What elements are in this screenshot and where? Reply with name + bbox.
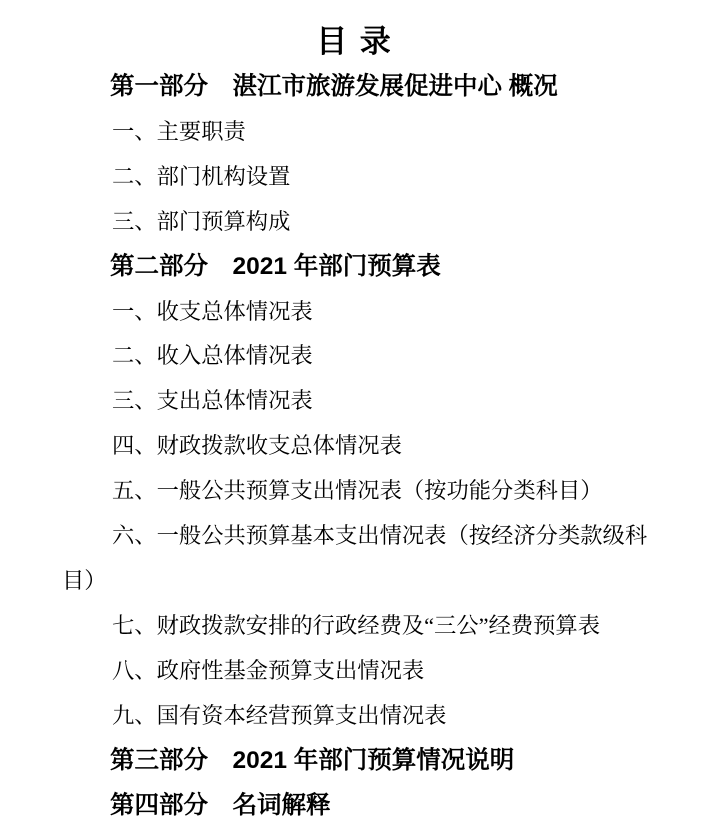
toc-entry: 二、收入总体情况表 (62, 334, 648, 379)
toc-heading-part2: 第二部分 2021 年部门预算表 (62, 245, 648, 290)
toc-entry: 三、支出总体情况表 (62, 379, 648, 424)
toc-heading-part3: 第三部分 2021 年部门预算情况说明 (62, 739, 648, 784)
toc-entry: 七、财政拨款安排的行政经费及“三公”经费预算表 (62, 604, 648, 649)
toc-entry: 三、部门预算构成 (62, 200, 648, 245)
toc-entry: 二、部门机构设置 (62, 155, 648, 200)
toc-entry: 四、财政拨款收支总体情况表 (62, 424, 648, 469)
page-title: 目 录 (0, 0, 709, 65)
toc-list: 第一部分 湛江市旅游发展促进中心 概况 一、主要职责 二、部门机构设置 三、部门… (0, 65, 709, 828)
toc-entry: 五、一般公共预算支出情况表（按功能分类科目） (62, 469, 648, 514)
toc-entry: 九、国有资本经营预算支出情况表 (62, 694, 648, 739)
toc-entry: 一、主要职责 (62, 110, 648, 155)
toc-heading-part4: 第四部分 名词解释 (62, 784, 648, 829)
toc-entry: 八、政府性基金预算支出情况表 (62, 649, 648, 694)
toc-heading-part1: 第一部分 湛江市旅游发展促进中心 概况 (62, 65, 648, 110)
document-page: 目 录 第一部分 湛江市旅游发展促进中心 概况 一、主要职责 二、部门机构设置 … (0, 0, 709, 840)
toc-entry: 六、一般公共预算基本支出情况表（按经济分类款级科目） (62, 514, 648, 604)
toc-entry: 一、收支总体情况表 (62, 290, 648, 335)
